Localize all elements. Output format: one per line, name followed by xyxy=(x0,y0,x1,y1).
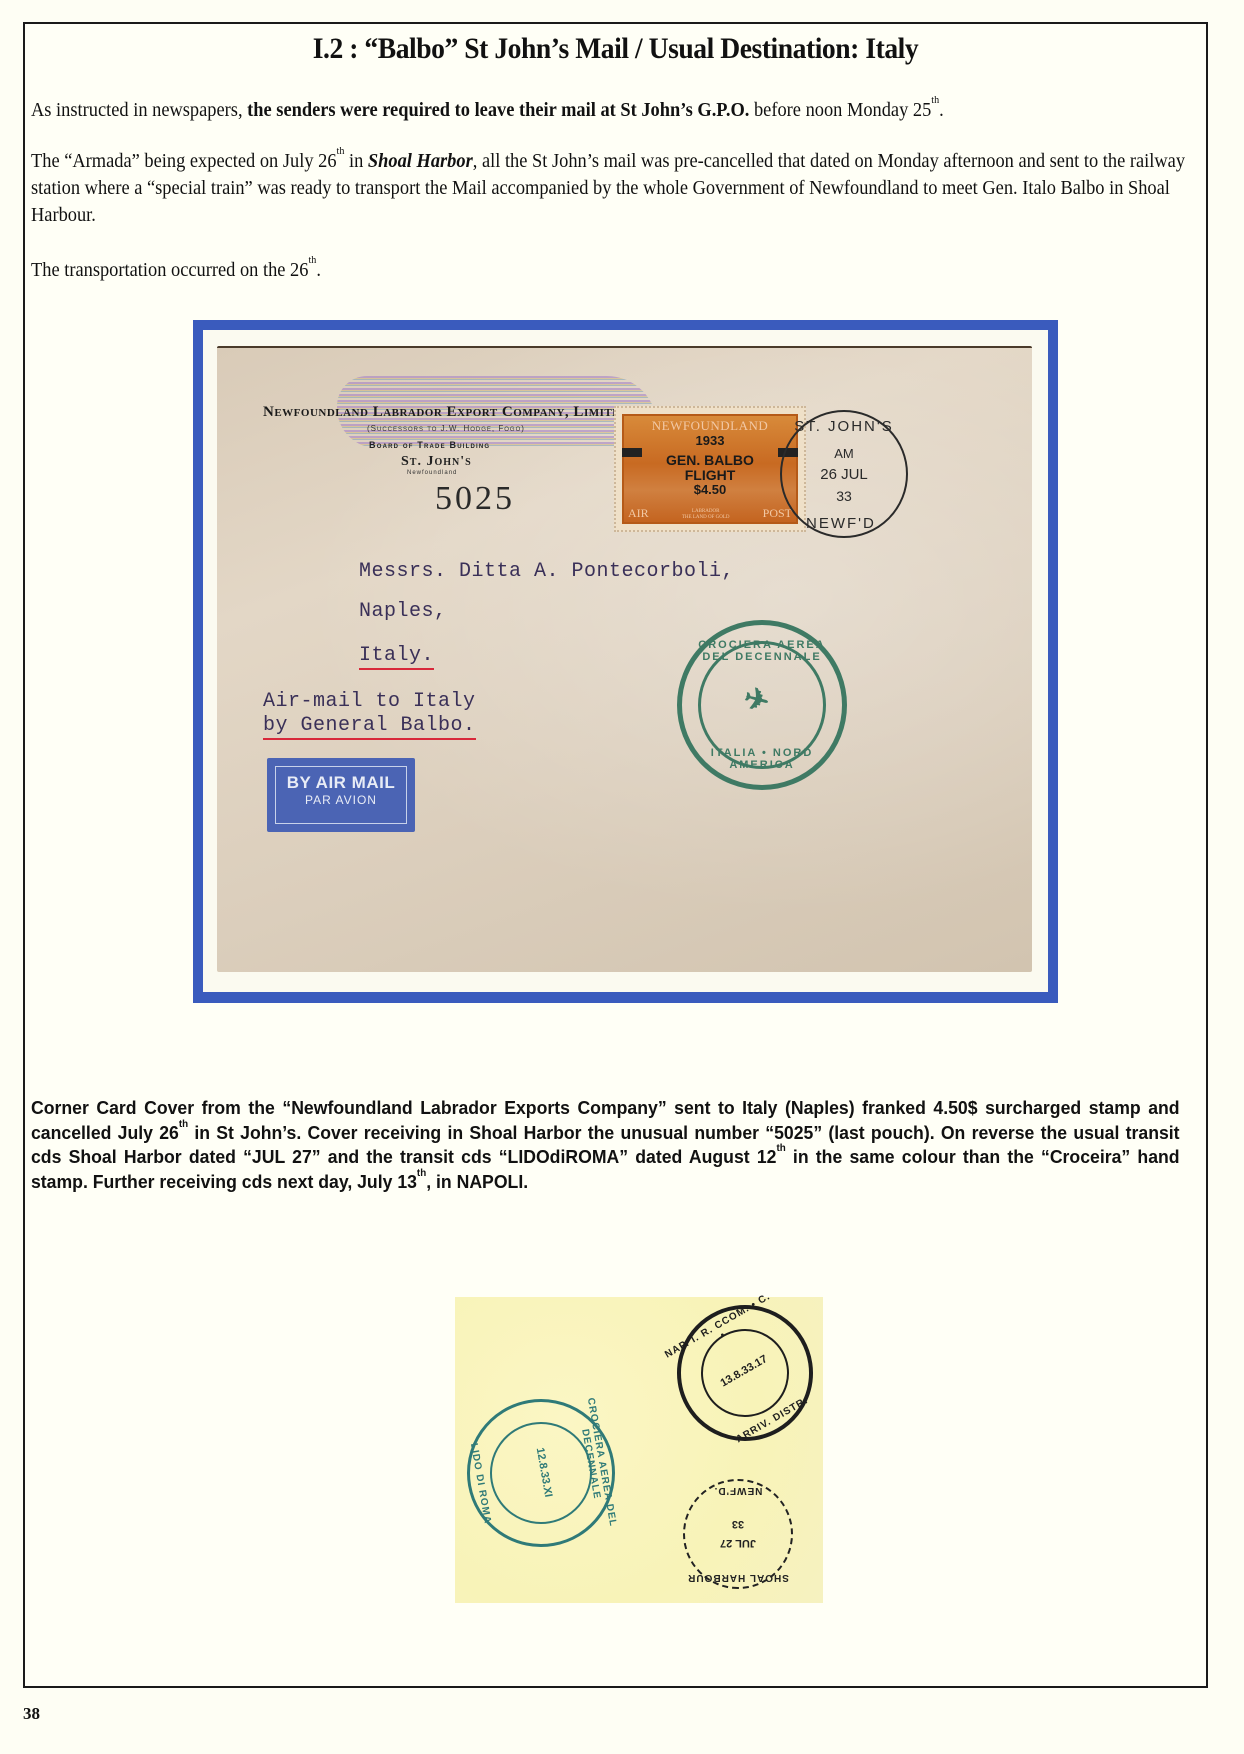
st-johns-postmark: ST. JOHN'S AM 26 JUL 33 NEWF'D. xyxy=(780,410,908,538)
stamp-overprint: GEN. BALBO xyxy=(624,453,796,468)
letterhead-company: Newfoundland Labrador Export Company, Li… xyxy=(263,404,629,421)
cover-front-image: Newfoundland Labrador Export Company, Li… xyxy=(193,320,1058,1003)
address-line: Messrs. Ditta A. Pontecorboli, xyxy=(359,560,734,583)
address-line: Italy. xyxy=(359,644,434,670)
page-title: I.2 : “Balbo” St John’s Mail / Usual Des… xyxy=(72,32,1159,66)
page-number: 38 xyxy=(23,1704,40,1724)
intro-paragraph-2: The “Armada” being expected on July 26th… xyxy=(31,148,1199,229)
shoal-harbour-postmark: SHOAL HARBOUR JUL 27 33 NEWF'D. xyxy=(683,1479,793,1589)
address-line: Naples, xyxy=(359,600,447,623)
airmail-note: by General Balbo. xyxy=(263,714,476,740)
stamp-year: 1933 xyxy=(624,434,796,447)
letterhead-country: Newfoundland xyxy=(407,470,457,476)
envelope: Newfoundland Labrador Export Company, Li… xyxy=(217,346,1032,972)
letterhead-city: St. John's xyxy=(401,454,472,470)
napoli-postmark: NAP. I. R. CCOM. • C. • 13.8.33.17 ARRIV… xyxy=(652,1280,838,1466)
page-frame: I.2 : “Balbo” St John’s Mail / Usual Des… xyxy=(23,22,1208,1688)
stamp-overprint: FLIGHT xyxy=(624,468,796,482)
lido-di-roma-postmark: CROCIERA AEREA DEL DECENNALE 12.8.33.XI … xyxy=(455,1387,626,1558)
obliteration-bar xyxy=(622,448,642,457)
air-mail-label: BY AIR MAIL PAR AVION xyxy=(267,758,415,832)
airmail-stamp: NEWFOUNDLAND 1933 GEN. BALBO FLIGHT $4.5… xyxy=(614,406,806,532)
cover-back-image: CROCIERA AEREA DEL DECENNALE 12.8.33.XI … xyxy=(455,1297,823,1603)
letterhead-address: Board of Trade Building xyxy=(369,440,490,450)
intro-paragraph-1: As instructed in newspapers, the senders… xyxy=(31,97,1199,124)
cover-description: Corner Card Cover from the “Newfoundland… xyxy=(31,1096,1180,1194)
letterhead-successors: (Successors to J.W. Hodge, Fogo) xyxy=(367,424,525,433)
pouch-number: 5025 xyxy=(435,480,515,518)
airmail-note: Air-mail to Italy xyxy=(263,690,476,713)
intro-paragraph-3: The transportation occurred on the 26th. xyxy=(31,257,1199,284)
stamp-country: NEWFOUNDLAND xyxy=(624,416,796,434)
crociera-cachet: CROCIERA AEREA DEL DECENNALE ✈ ITALIA • … xyxy=(677,620,847,790)
stamp-value: $4.50 xyxy=(624,482,796,498)
